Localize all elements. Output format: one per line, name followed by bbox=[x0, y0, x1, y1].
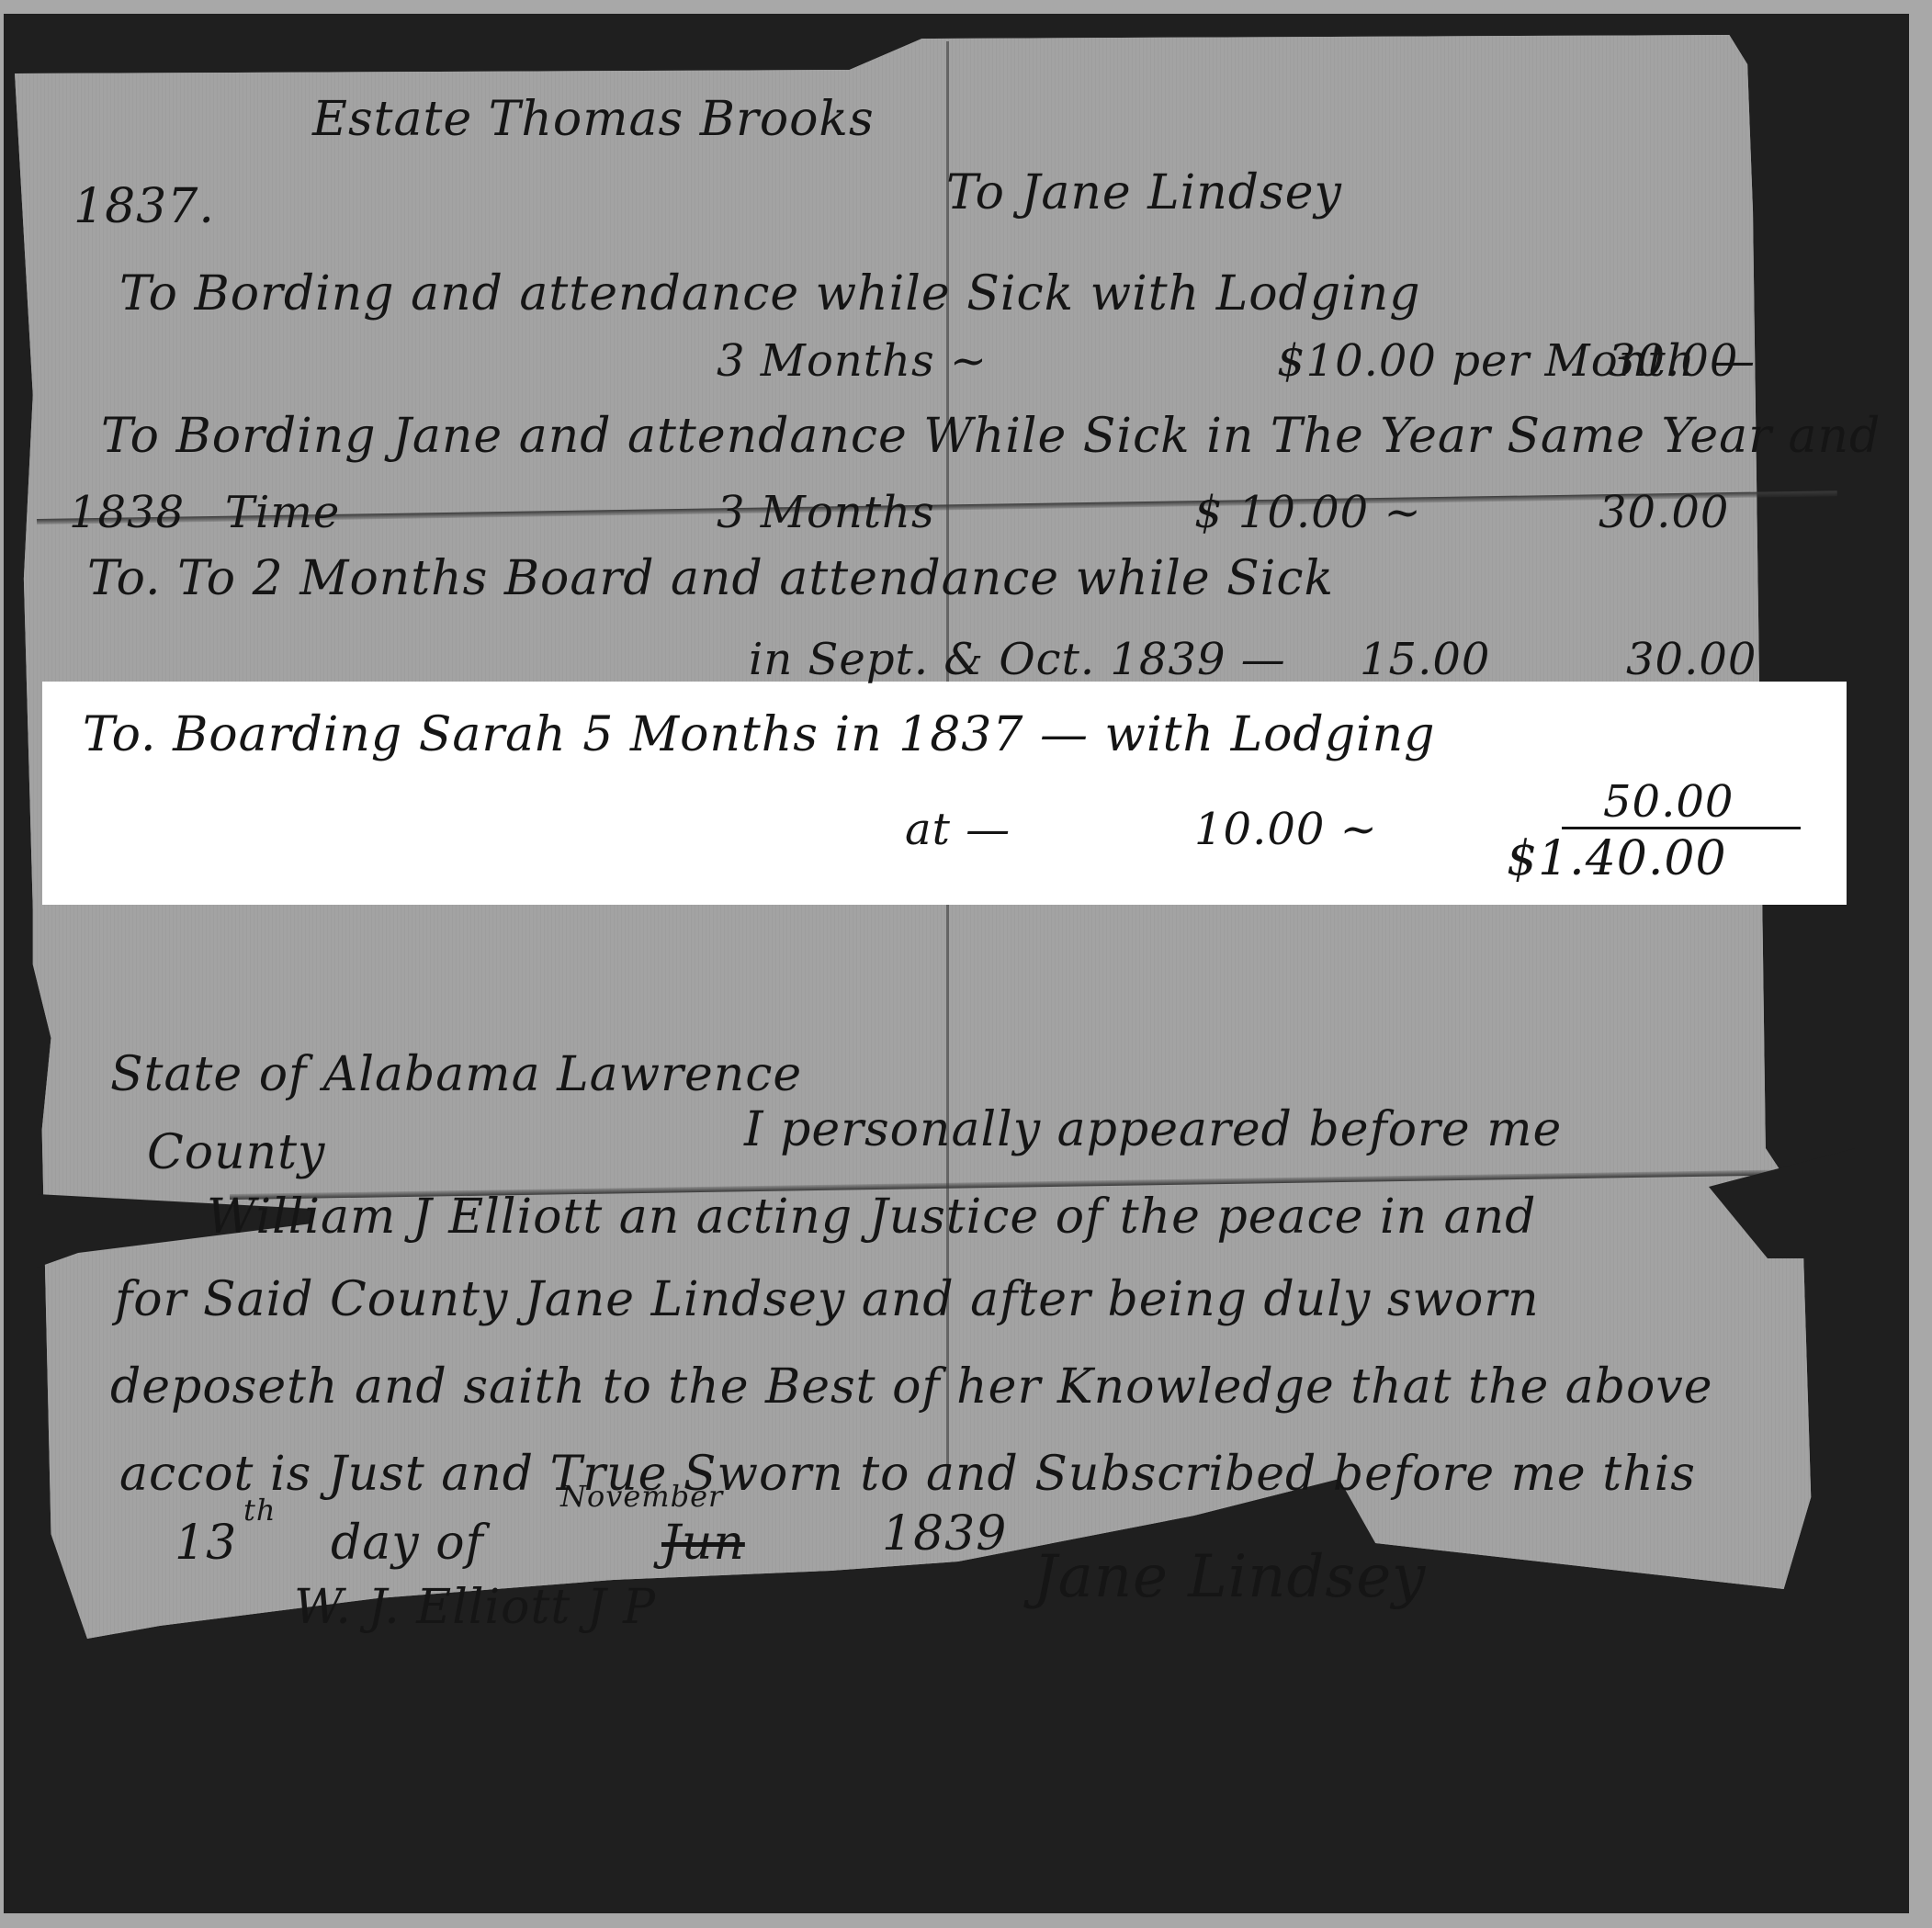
entry-amount: 50.00 bbox=[1603, 776, 1734, 828]
entry-duration: 3 Months bbox=[717, 487, 935, 538]
entry-rate: $ 10.00 ~ bbox=[1194, 487, 1422, 538]
venue-county: County bbox=[147, 1125, 325, 1180]
affidavit-line: deposeth and saith to the Best of her Kn… bbox=[110, 1359, 1713, 1415]
entry-line2: in Sept. & Oct. 1839 — bbox=[749, 634, 1286, 685]
date-month-inserted: November bbox=[560, 1479, 723, 1514]
entry-line2: Time bbox=[225, 487, 340, 538]
entry-description: To Bording Jane and attendance While Sic… bbox=[101, 409, 1881, 464]
deponent-signature: Jane Lindsey bbox=[1034, 1543, 1426, 1611]
entry-line2: at — bbox=[905, 804, 1011, 855]
date-year: 1839 bbox=[882, 1506, 1007, 1562]
date-month-struck: Jun bbox=[661, 1516, 745, 1571]
entry-description: To Bording and attendance while Sick wit… bbox=[119, 266, 1421, 321]
entry-description: To. Boarding Sarah 5 Months in 1837 — wi… bbox=[83, 707, 1435, 762]
account-year: 1837. bbox=[73, 179, 215, 234]
entry-amount: 30.00 bbox=[1626, 634, 1757, 685]
account-total: $1.40.00 bbox=[1507, 831, 1727, 886]
sum-rule bbox=[1562, 827, 1801, 829]
justice-signature: W. J. Elliott J P bbox=[294, 1580, 656, 1635]
date-word: day of bbox=[331, 1516, 484, 1571]
date-suffix: th bbox=[243, 1493, 276, 1528]
entry-rate: 10.00 ~ bbox=[1194, 804, 1378, 855]
entry-rate: 15.00 bbox=[1360, 634, 1490, 685]
entry-duration: 3 Months ~ bbox=[717, 335, 988, 387]
date-day: 13 bbox=[175, 1516, 237, 1571]
venue-state: State of Alabama Lawrence bbox=[110, 1047, 802, 1102]
document-title: Estate Thomas Brooks bbox=[312, 92, 875, 147]
creditor-name: To Jane Lindsey bbox=[946, 165, 1342, 220]
entry-amount: 30.00 bbox=[1599, 487, 1729, 538]
affidavit-line: for Said County Jane Lindsey and after b… bbox=[115, 1272, 1540, 1327]
affidavit-line: I personally appeared before me bbox=[744, 1102, 1562, 1157]
entry-year: 1838 bbox=[69, 487, 185, 538]
affidavit-line: William J Elliott an acting Justice of t… bbox=[207, 1189, 1536, 1245]
entry-description: To. To 2 Months Board and attendance whi… bbox=[87, 551, 1334, 606]
affidavit-line: accot is Just and True Sworn to and Subs… bbox=[119, 1447, 1696, 1502]
entry-amount: 30.00 bbox=[1608, 335, 1738, 387]
